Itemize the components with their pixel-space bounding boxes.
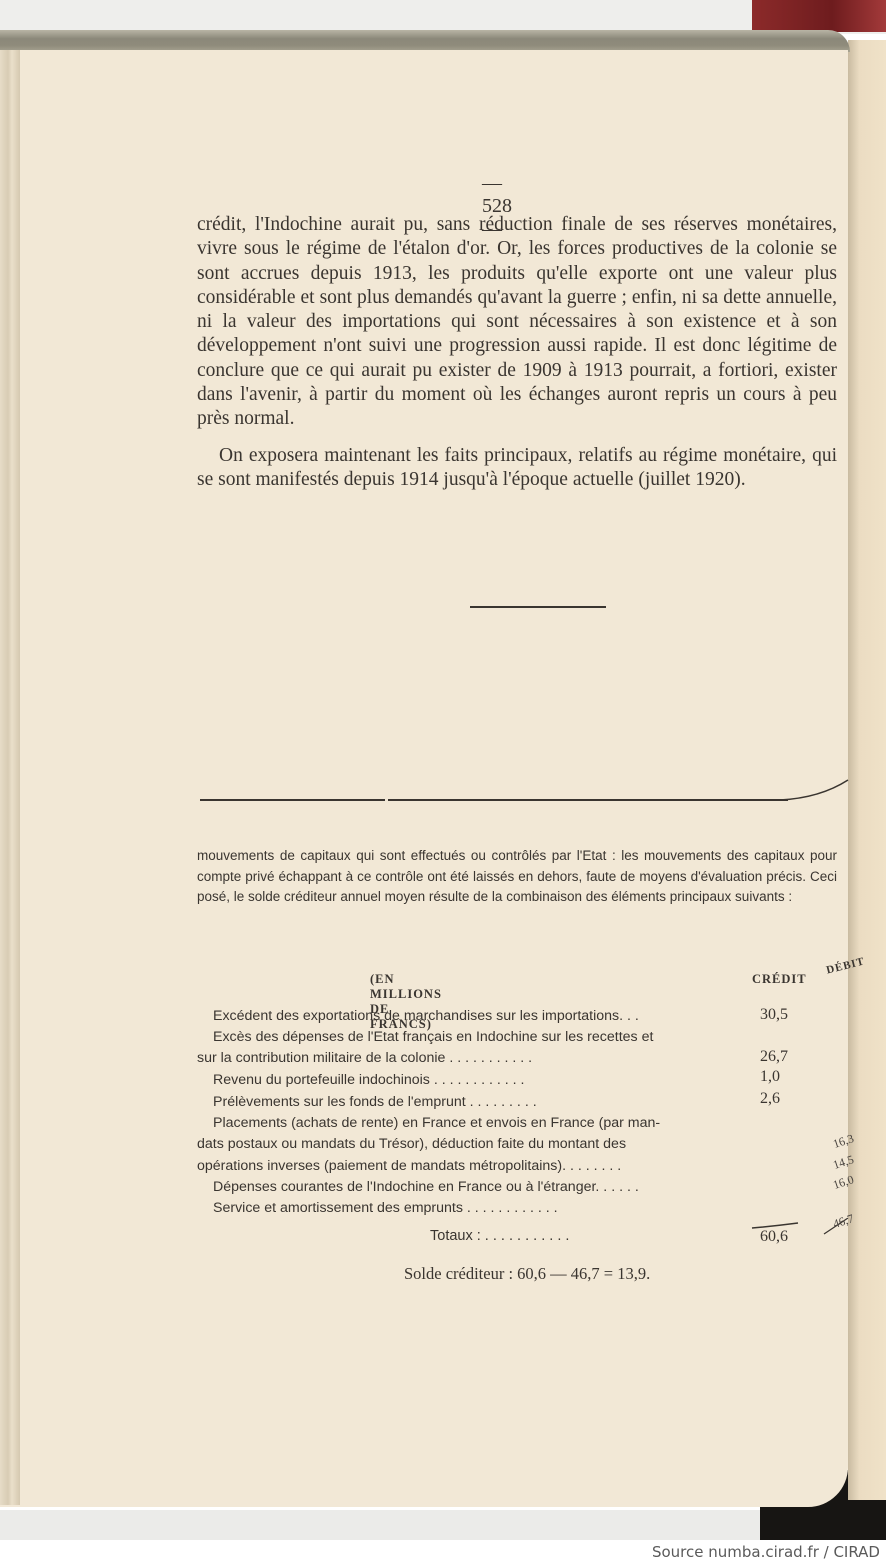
table-row: Excédent des exportations de marchandise… <box>197 1006 797 1027</box>
row-label: opérations inverses (paiement de mandats… <box>197 1158 621 1174</box>
totals-label: Totaux : . . . . . . . . . . . <box>430 1228 569 1244</box>
footnote-separator-right <box>388 799 788 801</box>
source-credit: Source numba.cirad.fr / CIRAD <box>652 1543 880 1561</box>
section-divider <box>470 606 606 608</box>
body-paragraph-1: crédit, l'Indochine aurait pu, sans rédu… <box>197 213 837 432</box>
table-row: sur la contribution militaire de la colo… <box>197 1048 797 1069</box>
table-row: Placements (achats de rente) en France e… <box>197 1113 797 1134</box>
book-cover-edge <box>752 0 886 32</box>
credit-value: 30,5 <box>760 1006 788 1024</box>
table-row: opérations inverses (paiement de mandats… <box>197 1156 797 1177</box>
page-gutter <box>0 50 20 1505</box>
totals-credit: 60,6 <box>760 1228 788 1246</box>
totals-row: Totaux : . . . . . . . . . . . <box>430 1228 569 1244</box>
footnote-separator-curve <box>780 778 850 802</box>
table-row: Revenu du portefeuille indochinois . . .… <box>197 1070 797 1091</box>
credit-value: 2,6 <box>760 1090 780 1108</box>
row-label: Service et amortissement des emprunts . … <box>197 1200 558 1216</box>
credit-column-header: CRÉDIT <box>752 972 807 987</box>
row-label: Placements (achats de rente) en France e… <box>197 1115 660 1131</box>
table-row: Excès des dépenses de l'Etat français en… <box>197 1027 797 1048</box>
row-label: Prélèvements sur les fonds de l'emprunt … <box>197 1094 537 1110</box>
row-label: dats postaux ou mandats du Trésor), dédu… <box>197 1136 626 1152</box>
footnote-text: mouvements de capitaux qui sont effectué… <box>197 846 837 908</box>
footnote-separator-left <box>200 799 385 801</box>
next-page-leaf <box>848 40 886 1500</box>
table-row: dats postaux ou mandats du Trésor), dédu… <box>197 1134 797 1155</box>
row-label: Excès des dépenses de l'Etat français en… <box>197 1029 653 1045</box>
row-label: Dépenses courantes de l'Indochine en Fra… <box>197 1179 639 1195</box>
balance-line: Solde créditeur : 60,6 — 46,7 = 13,9. <box>404 1264 650 1284</box>
table-row: Service et amortissement des emprunts . … <box>197 1198 797 1219</box>
page-stack-edge <box>0 30 850 52</box>
table-row: Prélèvements sur les fonds de l'emprunt … <box>197 1092 797 1113</box>
credit-value: 26,7 <box>760 1048 788 1066</box>
row-label: Revenu du portefeuille indochinois . . .… <box>197 1072 525 1088</box>
body-paragraph-2: On exposera maintenant les faits princip… <box>197 444 837 493</box>
table-row: Dépenses courantes de l'Indochine en Fra… <box>197 1177 797 1198</box>
row-label: sur la contribution militaire de la colo… <box>197 1050 532 1066</box>
scan-background-bottom <box>0 1510 780 1540</box>
row-label: Excédent des exportations de marchandise… <box>197 1008 639 1024</box>
credit-value: 1,0 <box>760 1068 780 1086</box>
